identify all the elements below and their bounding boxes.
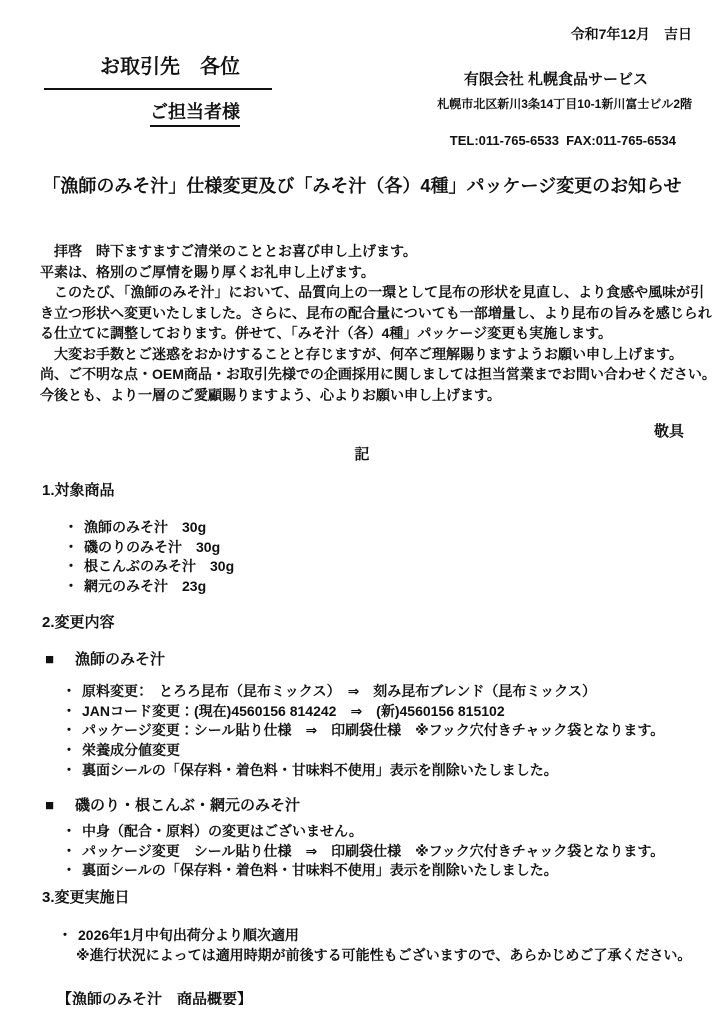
- schedule-item: ・ 2026年1月中旬出荷分より順次適用: [58, 925, 691, 945]
- schedule-block: ・ 2026年1月中旬出荷分より順次適用 ※進行状況によっては適用時期が前後する…: [58, 925, 691, 965]
- change-item: ・ 原料変更： とろろ昆布（昆布ミックス） ⇒ 刻み昆布ブレンド（昆布ミックス）: [62, 682, 664, 702]
- cutoff-section-heading: 【漁師のみそ汁 商品概要】: [57, 990, 252, 1005]
- bullet-icon: ・: [58, 925, 78, 945]
- change-item-label: 栄養成分値変更: [82, 741, 180, 761]
- change-item: ・ パッケージ変更 シール貼り仕様 ⇒ 印刷袋仕様 ※フック穴付きチャック袋とな…: [62, 842, 664, 862]
- letter-body: 拝啓 時下ますますご清栄のこととお喜び申し上げます。 平素は、格別のご厚情を賜り…: [40, 241, 700, 405]
- section-3-heading: 3.変更実施日: [42, 886, 130, 907]
- product-item-label: 根こんぶのみそ汁 30g: [84, 557, 234, 577]
- bullet-icon: ・: [64, 577, 84, 597]
- attention: ご担当者様: [150, 98, 240, 127]
- change-item: ・ パッケージ変更：シール貼り仕様 ⇒ 印刷袋仕様 ※フック穴付きチャック袋とな…: [62, 721, 664, 741]
- bullet-icon: ・: [62, 682, 82, 702]
- bullet-icon: ・: [62, 741, 82, 761]
- square-bullet-icon: ■: [45, 796, 75, 816]
- change-block-title: ■ 漁師のみそ汁: [45, 650, 664, 670]
- change-item: ・ JANコード変更：(現在)4560156 814242 ⇒ (新)45601…: [62, 702, 664, 722]
- body-line: 今後とも、より一層のご愛顧賜りますよう、心よりお願い申し上げます。: [40, 385, 700, 406]
- change-item: ・ 裏面シールの「保存料・着色料・甘味料不使用」表示を削除いたしました。: [62, 861, 664, 881]
- bullet-icon: ・: [64, 557, 84, 577]
- bullet-icon: ・: [62, 721, 82, 741]
- bullet-icon: ・: [62, 702, 82, 722]
- change-item: ・ 栄養成分値変更: [62, 741, 664, 761]
- body-line: 拝啓 時下ますますご清栄のこととお喜び申し上げます。: [40, 241, 700, 262]
- body-line: る仕立てに調整しております。併せて、「みそ汁（各）4種」パッケージ変更も実施しま…: [40, 323, 700, 344]
- change-item-label: 中身（配合・原料）の変更はございません。: [82, 822, 363, 842]
- bullet-icon: ・: [62, 861, 82, 881]
- bullet-icon: ・: [62, 842, 82, 862]
- product-item: ・ 根こんぶのみそ汁 30g: [64, 557, 234, 577]
- bullet-icon: ・: [62, 761, 82, 781]
- square-bullet-icon: ■: [45, 650, 75, 670]
- closing: 敬具: [654, 420, 684, 441]
- bullet-icon: ・: [62, 822, 82, 842]
- change-item-label: パッケージ変更 シール貼り仕様 ⇒ 印刷袋仕様 ※フック穴付きチャック袋となりま…: [82, 842, 664, 862]
- change-item: ・ 裏面シールの「保存料・着色料・甘味料不使用」表示を削除いたしました。: [62, 761, 664, 781]
- recipient: お取引先 各位: [44, 50, 272, 90]
- section-2-heading: 2.変更内容: [42, 611, 115, 632]
- company-address: 札幌市北区新川3条14丁目10-1新川富士ビル2階: [437, 95, 692, 112]
- product-list: ・ 漁師のみそ汁 30g ・ 磯のりのみそ汁 30g ・ 根こんぶのみそ汁 30…: [64, 518, 234, 597]
- sender-block: 有限会社 札幌食品サービス 札幌市北区新川3条14丁目10-1新川富士ビル2階 …: [437, 68, 692, 148]
- company-name: 有限会社 札幌食品サービス: [437, 68, 648, 89]
- change-item-label: 裏面シールの「保存料・着色料・甘味料不使用」表示を削除いたしました。: [82, 861, 558, 881]
- product-item-label: 網元のみそ汁 23g: [84, 577, 206, 597]
- change-item: ・ 中身（配合・原料）の変更はございません。: [62, 822, 664, 842]
- product-item: ・ 磯のりのみそ汁 30g: [64, 538, 234, 558]
- change-item-label: パッケージ変更：シール貼り仕様 ⇒ 印刷袋仕様 ※フック穴付きチャック袋となりま…: [82, 721, 664, 741]
- schedule-item-label: 2026年1月中旬出荷分より順次適用: [78, 925, 299, 945]
- change-item-label: 原料変更： とろろ昆布（昆布ミックス） ⇒ 刻み昆布ブレンド（昆布ミックス）: [82, 682, 596, 702]
- record-mark: 記: [0, 443, 724, 464]
- product-item-label: 磯のりのみそ汁 30g: [84, 538, 220, 558]
- change-block-gyoshi: ■ 漁師のみそ汁 ・ 原料変更： とろろ昆布（昆布ミックス） ⇒ 刻み昆布ブレン…: [45, 650, 664, 781]
- document-page: 令和7年12月 吉日 お取引先 各位 ご担当者様 有限会社 札幌食品サービス 札…: [0, 0, 724, 1024]
- body-line: 大変お手数とご迷惑をおかけすることと存じますが、何卒ご理解賜りますようお願い申し…: [40, 344, 700, 365]
- recipient-block: お取引先 各位 ご担当者様: [44, 50, 272, 127]
- product-item: ・ 漁師のみそ汁 30g: [64, 518, 234, 538]
- body-line: このたび、「漁師のみそ汁」において、品質向上の一環として昆布の形状を見直し、より…: [40, 282, 700, 303]
- change-block-title-label: 漁師のみそ汁: [75, 650, 165, 670]
- schedule-note: ※進行状況によっては適用時期が前後する可能性もございますので、あらかじめご了承く…: [76, 945, 691, 965]
- body-line: 尚、ご不明な点・OEM商品・お取引先様での企画採用に関しましては担当営業までお問…: [40, 364, 700, 385]
- company-contact: TEL:011-765-6533 FAX:011-765-6534: [437, 133, 676, 148]
- document-date: 令和7年12月 吉日: [571, 24, 692, 44]
- body-line: き立つ形状へ変更いたしました。さらに、昆布の配合量についても一部増量し、より昆布…: [40, 303, 700, 324]
- product-item: ・ 網元のみそ汁 23g: [64, 577, 234, 597]
- bullet-icon: ・: [64, 538, 84, 558]
- body-line: 平素は、格別のご厚情を賜り厚くお礼申し上げます。: [40, 262, 700, 283]
- section-1-heading: 1.対象商品: [42, 479, 115, 500]
- bullet-icon: ・: [64, 518, 84, 538]
- change-item-label: 裏面シールの「保存料・着色料・甘味料不使用」表示を削除いたしました。: [82, 761, 558, 781]
- product-item-label: 漁師のみそ汁 30g: [84, 518, 206, 538]
- document-title: 「漁師のみそ汁」仕様変更及び「みそ汁（各）4種」パッケージ変更のお知らせ: [0, 172, 724, 198]
- change-block-title: ■ 磯のり・根こんぶ・網元のみそ汁: [45, 796, 664, 816]
- change-block-others: ■ 磯のり・根こんぶ・網元のみそ汁 ・ 中身（配合・原料）の変更はございません。…: [45, 796, 664, 881]
- change-item-label: JANコード変更：(現在)4560156 814242 ⇒ (新)4560156…: [82, 702, 505, 722]
- change-block-title-label: 磯のり・根こんぶ・網元のみそ汁: [75, 796, 300, 816]
